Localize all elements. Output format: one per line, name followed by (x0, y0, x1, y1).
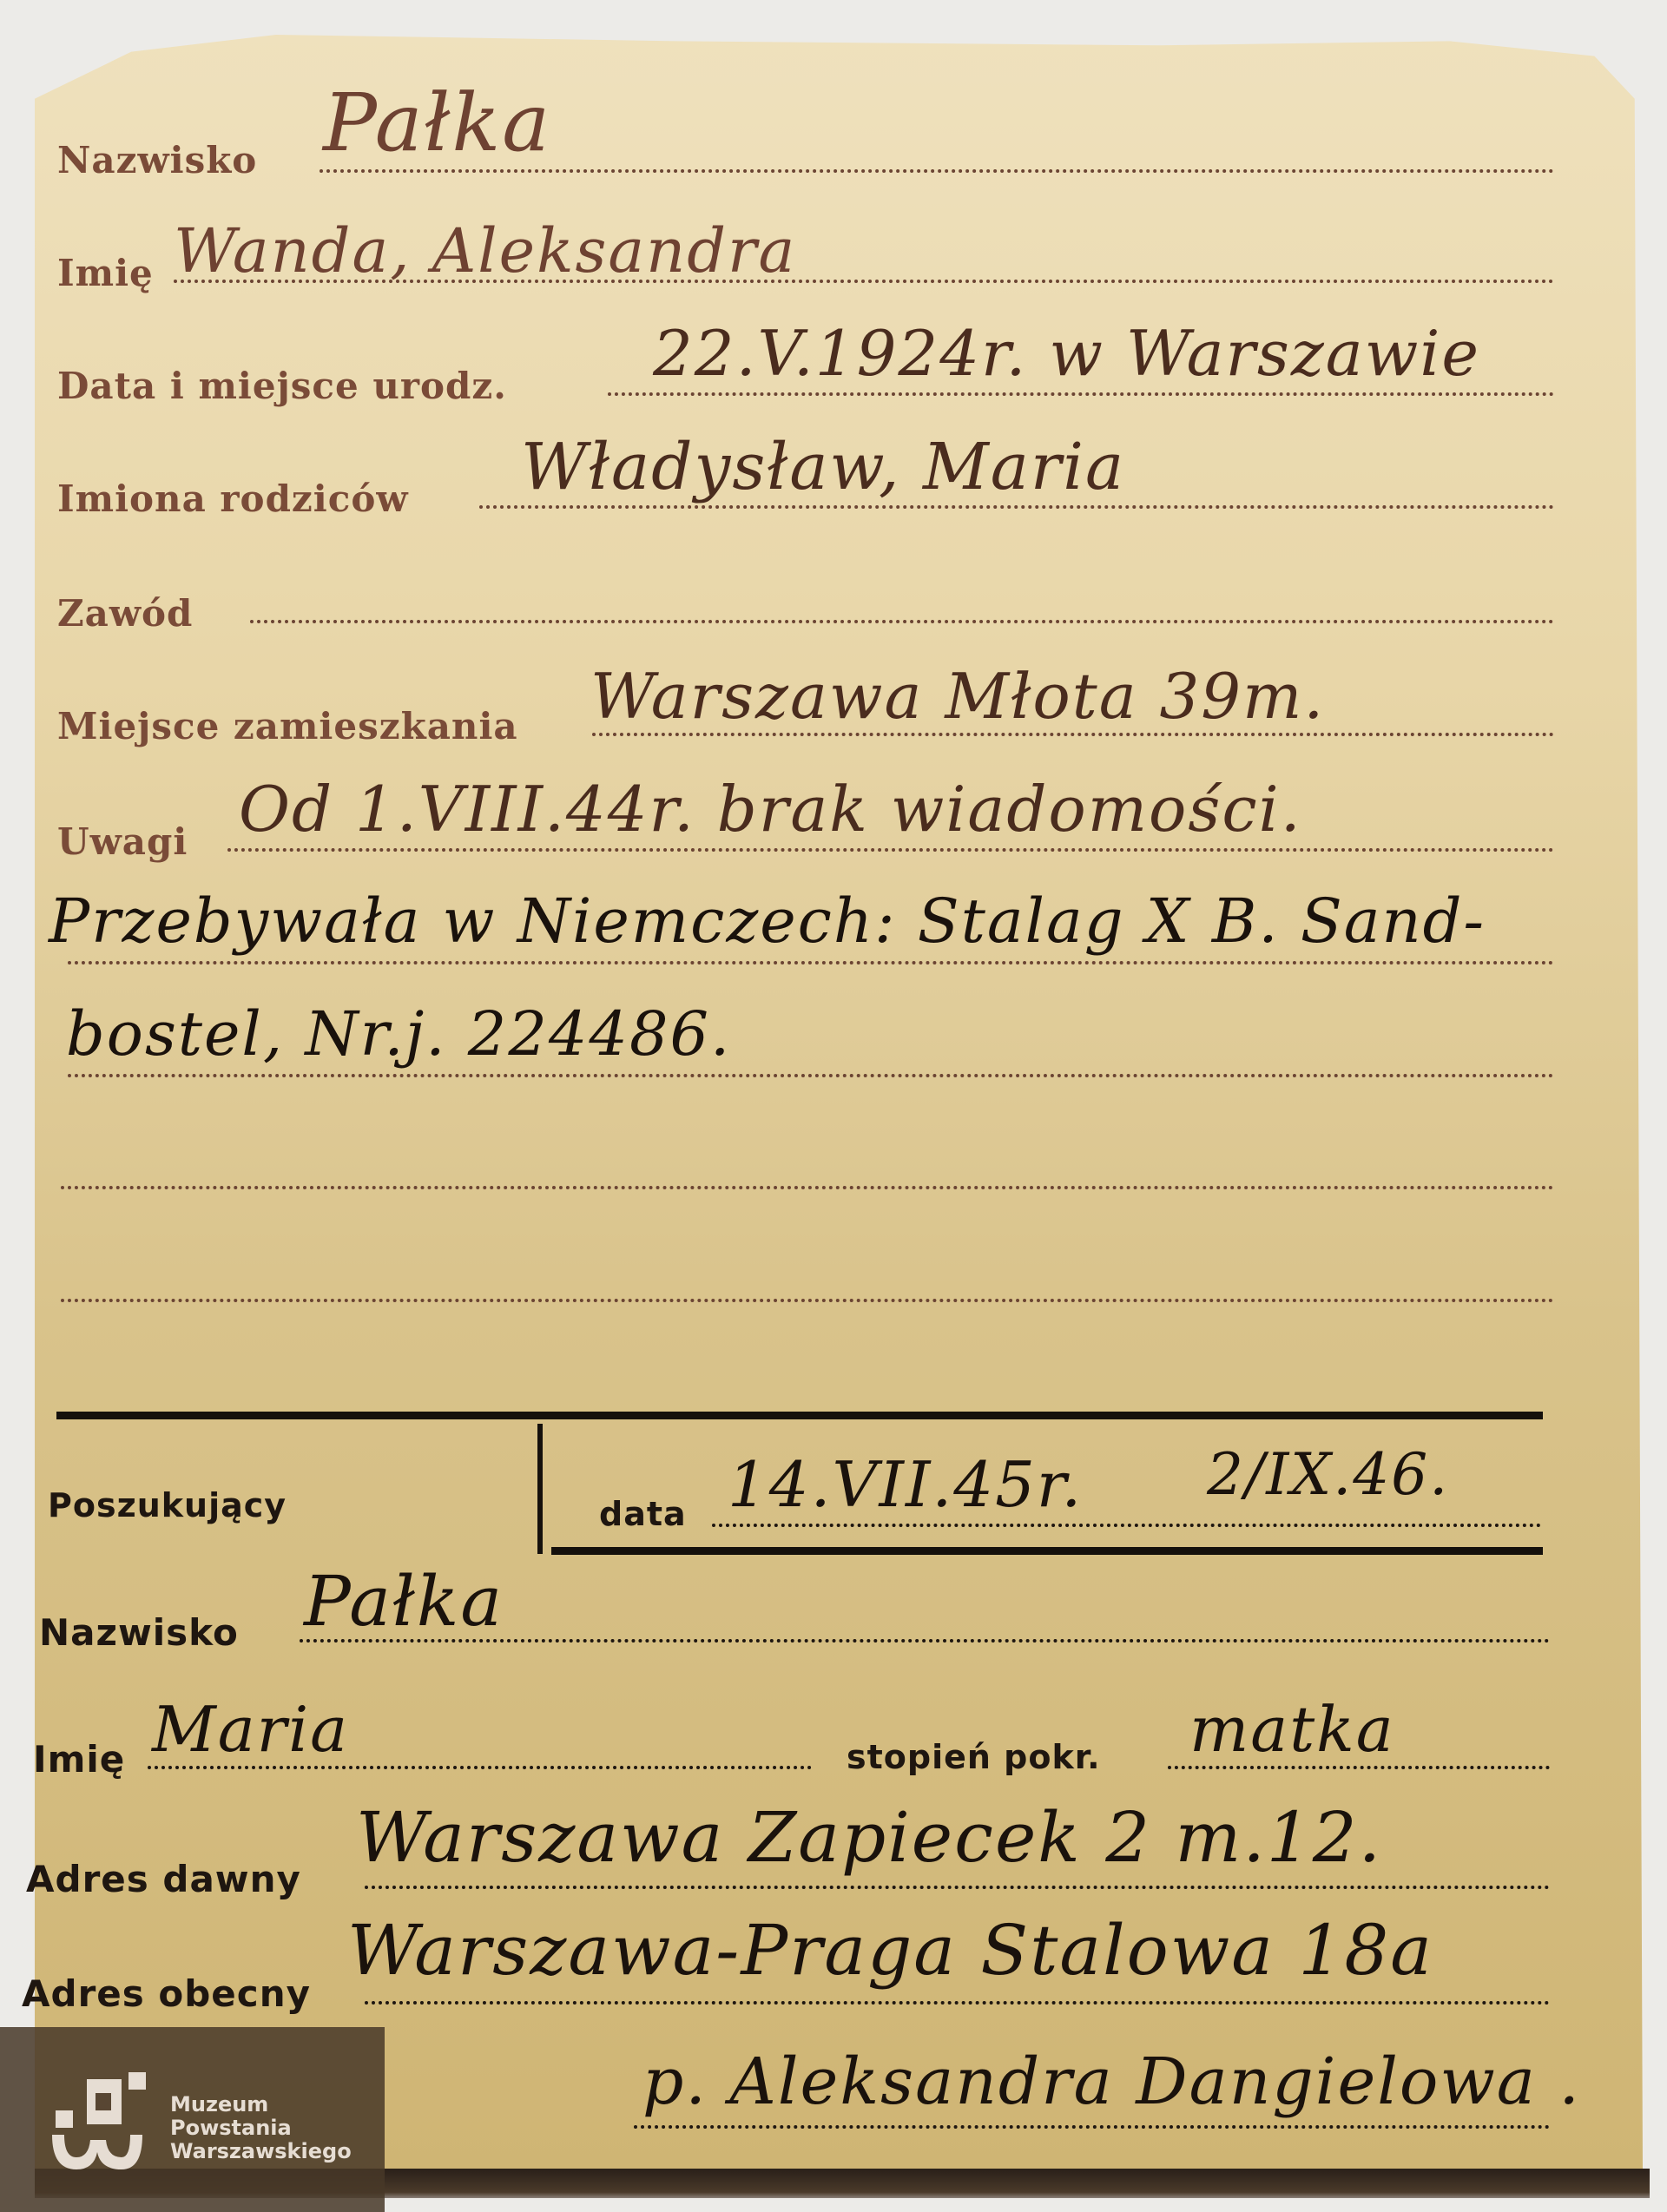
searcher-surname-label: Nazwisko (39, 1611, 239, 1654)
parents-label: Imiona rodziców (57, 477, 408, 520)
searcher-section-label: Poszukujący (48, 1486, 287, 1524)
museum-name-line-1: Muzeum (170, 2093, 352, 2117)
parents-line (479, 505, 1554, 509)
relation-value: matka (1189, 1693, 1395, 1766)
museum-watermark: Muzeum Powstania Warszawskiego (0, 2027, 385, 2212)
old-address-label: Adres dawny (26, 1858, 301, 1900)
date-box-bottom-rule (551, 1547, 1543, 1555)
old-address-value: Warszawa Zapiecek 2 m.12. (356, 1797, 1382, 1878)
remarks-line-4 (61, 1186, 1554, 1189)
current-address-label: Adres obecny (22, 1972, 311, 2015)
current-address-line (365, 2001, 1550, 2005)
remarks-label: Uwagi (57, 820, 188, 863)
relation-label: stopień pokr. (847, 1738, 1101, 1776)
occupation-label: Zawód (57, 592, 193, 635)
current-address-value: Warszawa-Praga Stalowa 18a (347, 1910, 1433, 1991)
surname-value: Pałka (323, 76, 551, 169)
birth-label: Data i miejsce urodz. (57, 365, 507, 407)
remarks-line-2 (68, 961, 1554, 964)
museum-name-line-3: Warszawskiego (170, 2140, 352, 2163)
residence-label: Miejsce zamieszkania (57, 705, 518, 747)
remarks-value-2: Przebywała w Niemczech: Stalag X B. Sand… (49, 885, 1486, 957)
date-label: data (599, 1495, 687, 1533)
kotwica-anchor-icon (52, 2072, 149, 2169)
searcher-first-name-label: Imię (33, 1738, 125, 1781)
searcher-surname-value: Pałka (304, 1561, 504, 1642)
residence-value: Warszawa Młota 39m. (590, 660, 1325, 733)
birth-line (608, 392, 1554, 396)
searcher-first-name-line (148, 1766, 812, 1769)
parents-value: Władysław, Maria (521, 430, 1125, 504)
searcher-first-name-value: Maria (152, 1693, 349, 1766)
remarks-value-1: Od 1.VIII.44r. brak wiadomości. (239, 773, 1302, 846)
occupation-line (250, 620, 1554, 623)
museum-name-line-2: Powstania (170, 2117, 352, 2140)
residence-line (592, 733, 1554, 736)
date-line (712, 1524, 1541, 1527)
old-address-line (365, 1886, 1550, 1889)
surname-line (320, 169, 1554, 173)
date-value: 14.VII.45r. (728, 1448, 1083, 1521)
date-box-left-rule (537, 1424, 543, 1554)
first-name-label: Imię (57, 252, 154, 294)
relation-line (1168, 1766, 1550, 1769)
remarks-value-3: bostel, Nr.j. 224486. (66, 998, 731, 1070)
current-address-line-2 (634, 2125, 1550, 2129)
first-name-value: Wanda, Aleksandra (174, 215, 796, 286)
current-address-value-2: p. Aleksandra Dangielowa . (642, 2044, 1581, 2119)
remarks-line-3 (68, 1074, 1554, 1077)
birth-value: 22.V.1924r. w Warszawie (653, 317, 1480, 390)
surname-label: Nazwisko (57, 139, 257, 181)
remarks-line-1 (227, 848, 1554, 852)
remarks-line-5 (61, 1299, 1554, 1302)
date-value-2: 2/IX.46. (1207, 1441, 1449, 1508)
section-divider (56, 1412, 1543, 1419)
